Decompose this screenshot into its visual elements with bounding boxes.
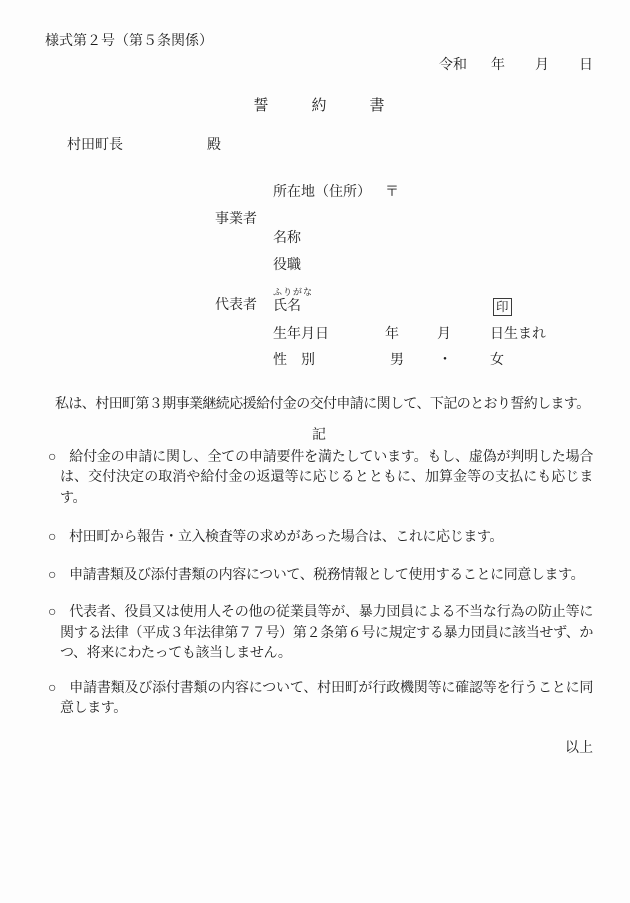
representative-group-label: 代表者 bbox=[215, 297, 257, 314]
business-name-label: 名称 bbox=[273, 231, 301, 246]
business-group-label: 事業者 bbox=[215, 211, 257, 228]
address-label: 所在地（住所） bbox=[273, 185, 371, 200]
gender-label: 性 別 bbox=[273, 353, 315, 368]
address-row: 所在地（住所）〒 bbox=[273, 184, 593, 201]
seal-mark: 印 bbox=[493, 298, 512, 316]
furigana-label: ふりがな bbox=[273, 287, 593, 297]
bullet-circle-icon: ○ bbox=[48, 605, 56, 620]
pledge-item-2: ○村田町から報告・立入検査等の求めがあった場合は、これに応じます。 bbox=[60, 528, 593, 549]
pledge-document-page: 様式第２号（第５条関係） 令和年月日 誓 約 書 村田町長殿 事業者 代表者 所… bbox=[0, 0, 630, 903]
pledge-item-5: ○申請書類及び添付書類の内容について、村田町が行政機関等に確認等を行うことに同意… bbox=[60, 679, 593, 720]
document-title: 誓 約 書 bbox=[45, 98, 593, 115]
birthdate-label: 生年月日 bbox=[273, 327, 329, 342]
month-label: 月 bbox=[535, 58, 549, 73]
position-row: 役職 bbox=[273, 257, 593, 274]
addressee-line: 村田町長殿 bbox=[45, 137, 593, 154]
gender-female: 女 bbox=[490, 353, 504, 368]
postal-mark: 〒 bbox=[385, 185, 399, 200]
bullet-circle-icon: ○ bbox=[48, 568, 56, 583]
era-label: 令和 bbox=[439, 58, 467, 73]
record-heading: 記 bbox=[45, 426, 593, 446]
representative-name-label: 氏名 bbox=[273, 299, 301, 314]
party-block: 事業者 代表者 所在地（住所）〒 名称 役職 ふりがな 氏名印 生年月日年月日生… bbox=[215, 184, 593, 369]
birth-month-label: 月 bbox=[437, 327, 451, 342]
day-label: 日 bbox=[579, 58, 593, 73]
birth-day-label: 日生まれ bbox=[490, 327, 546, 342]
addressee-name: 村田町長 bbox=[67, 138, 123, 153]
pledge-items: ○給付金の申請に関し、全ての申請要件を満たしています。もし、虚偽が判明した場合は… bbox=[60, 448, 593, 720]
pledge-intro: 私は、村田町第３期事業継続応援給付金の交付申請に関して、下記のとおり誓約します。 bbox=[45, 395, 593, 415]
business-name-row: 名称 bbox=[273, 230, 593, 247]
gender-separator-dot: ・ bbox=[438, 353, 452, 368]
pledge-item-text: 代表者、役員又は使用人その他の従業員等が、暴力団員による不当な行為の防止等に関す… bbox=[60, 605, 593, 661]
form-number: 様式第２号（第５条関係） bbox=[45, 33, 593, 50]
addressee-honorific: 殿 bbox=[207, 138, 221, 153]
pledge-item-text: 村田町から報告・立入検査等の求めがあった場合は、これに応じます。 bbox=[69, 530, 503, 545]
pledge-item-3: ○申請書類及び添付書類の内容について、税務情報として使用することに同意します。 bbox=[60, 566, 593, 587]
position-label: 役職 bbox=[273, 258, 301, 273]
birthdate-row: 生年月日年月日生まれ bbox=[273, 326, 593, 343]
bullet-circle-icon: ○ bbox=[48, 681, 56, 696]
pledge-item-4: ○代表者、役員又は使用人その他の従業員等が、暴力団員による不当な行為の防止等に関… bbox=[60, 603, 593, 665]
date-line: 令和年月日 bbox=[45, 57, 593, 74]
pledge-item-text: 給付金の申請に関し、全ての申請要件を満たしています。もし、虚偽が判明した場合は、… bbox=[60, 450, 593, 506]
closing-mark: 以上 bbox=[45, 739, 593, 759]
representative-name-row: 氏名印 bbox=[273, 298, 593, 316]
pledge-item-text: 申請書類及び添付書類の内容について、税務情報として使用することに同意します。 bbox=[69, 568, 584, 583]
gender-row: 性 別男・女 bbox=[273, 352, 593, 369]
year-label: 年 bbox=[491, 58, 505, 73]
party-fields: 所在地（住所）〒 名称 役職 ふりがな 氏名印 生年月日年月日生まれ 性 別男・… bbox=[273, 184, 593, 369]
bullet-circle-icon: ○ bbox=[48, 530, 56, 545]
bullet-circle-icon: ○ bbox=[48, 450, 56, 465]
pledge-item-text: 申請書類及び添付書類の内容について、村田町が行政機関等に確認等を行うことに同意し… bbox=[60, 681, 593, 717]
gender-male: 男 bbox=[390, 353, 404, 368]
pledge-item-1: ○給付金の申請に関し、全ての申請要件を満たしています。もし、虚偽が判明した場合は… bbox=[60, 448, 593, 510]
birth-year-label: 年 bbox=[385, 327, 399, 342]
